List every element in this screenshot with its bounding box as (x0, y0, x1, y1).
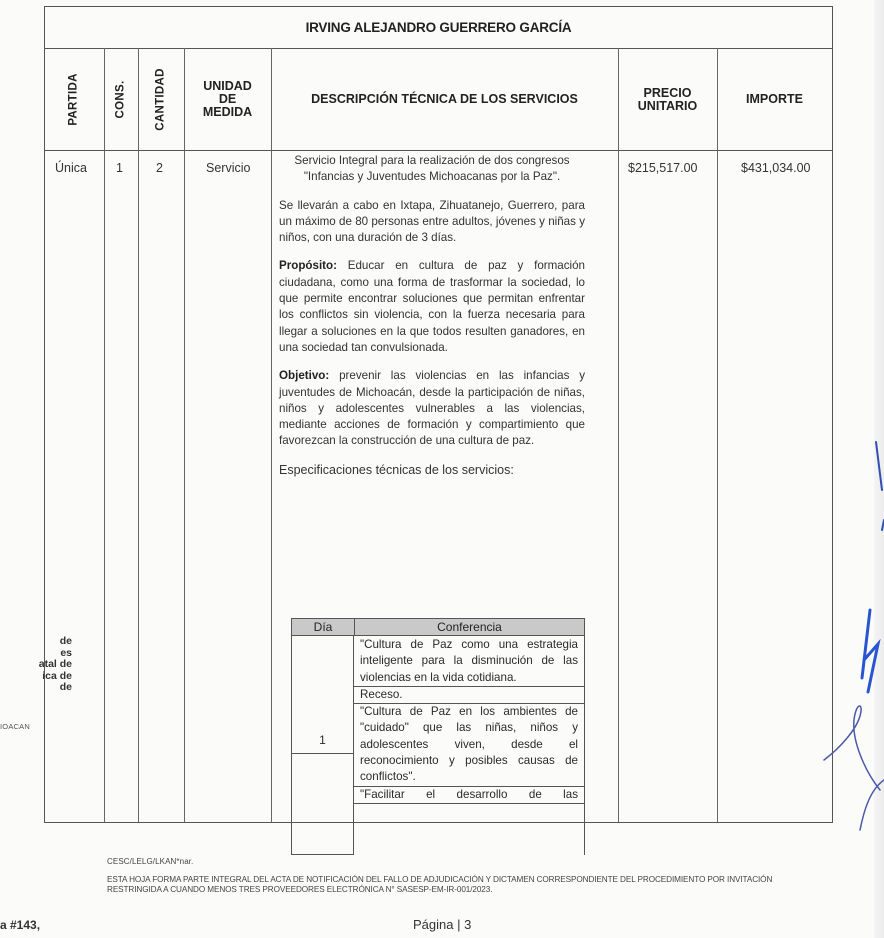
column-divider (104, 48, 105, 822)
page-number: Página | 3 (413, 917, 471, 932)
services-table: IRVING ALEJANDRO GUERRERO GARCÍA PARTIDA… (44, 6, 833, 823)
schedule-item: "Cultura de Paz como una estrategia inte… (354, 636, 584, 687)
schedule-day: 1 (292, 636, 353, 754)
signature-marks (820, 430, 884, 850)
description-objective: Objetivo: prevenir las violencias en las… (279, 368, 585, 449)
header-precio: PRECIO UNITARIO (618, 49, 717, 150)
footer-note: ESTA HOJA FORMA PARTE INTEGRAL DEL ACTA … (107, 875, 807, 895)
schedule-table: Día Conferencia 1 "Cultura de Paz como u… (291, 618, 585, 855)
objective-label: Objetivo: (279, 369, 329, 382)
schedule-body: 1 "Cultura de Paz como una estrategia in… (292, 636, 584, 855)
specs-title: Especificaciones técnicas de los servici… (279, 462, 585, 478)
header-descripcion: DESCRIPCIÓN TÉCNICA DE LOS SERVICIOS (271, 49, 618, 150)
schedule-day-blank (292, 754, 353, 855)
column-divider (271, 48, 272, 822)
schedule-conference-column: "Cultura de Paz como una estrategia inte… (354, 636, 584, 855)
sidebar-org-sub: IOACAN (0, 722, 30, 731)
column-divider (618, 48, 619, 822)
schedule-item: "Cultura de Paz en los ambientes de "cui… (354, 704, 584, 786)
header-cons: CONS. (104, 49, 138, 150)
purpose-text: Educar en cultura de paz y formación ciu… (279, 259, 585, 353)
header-cantidad: CANTIDAD (138, 49, 184, 150)
schedule-header: Día Conferencia (292, 619, 584, 636)
schedule-header-day: Día (292, 619, 355, 635)
column-divider (717, 48, 718, 822)
description-intro: Servicio Integral para la realización de… (279, 153, 585, 186)
header-importe: IMPORTE (717, 49, 832, 150)
schedule-header-conference: Conferencia (355, 619, 584, 635)
schedule-item: "Facilitar el desarrollo de las (354, 787, 584, 804)
header-divider (45, 150, 832, 151)
header-partida: PARTIDA (45, 49, 104, 150)
cell-importe: $431,034.00 (741, 161, 811, 175)
schedule-day-column: 1 (292, 636, 354, 855)
cell-partida: Única (55, 161, 87, 175)
service-description: Servicio Integral para la realización de… (279, 153, 585, 488)
column-divider (184, 48, 185, 822)
schedule-item: Receso. (354, 687, 584, 704)
header-unidad: UNIDAD DE MEDIDA (184, 49, 271, 150)
cell-cons: 1 (116, 161, 123, 175)
description-purpose: Propósito: Educar en cultura de paz y fo… (279, 258, 585, 356)
cell-unidad: Servicio (206, 161, 250, 175)
purpose-label: Propósito: (279, 259, 337, 272)
sidebar-address: a #143, (0, 918, 40, 932)
description-location: Se llevarán a cabo en Ixtapa, Zihuatanej… (279, 198, 585, 247)
supplier-name: IRVING ALEJANDRO GUERRERO GARCÍA (45, 7, 832, 49)
footer-reference: CESC/LELG/LKAN*nar. (107, 857, 193, 866)
cell-cantidad: 2 (156, 161, 163, 175)
cell-precio: $215,517.00 (628, 161, 698, 175)
column-divider (138, 48, 139, 822)
